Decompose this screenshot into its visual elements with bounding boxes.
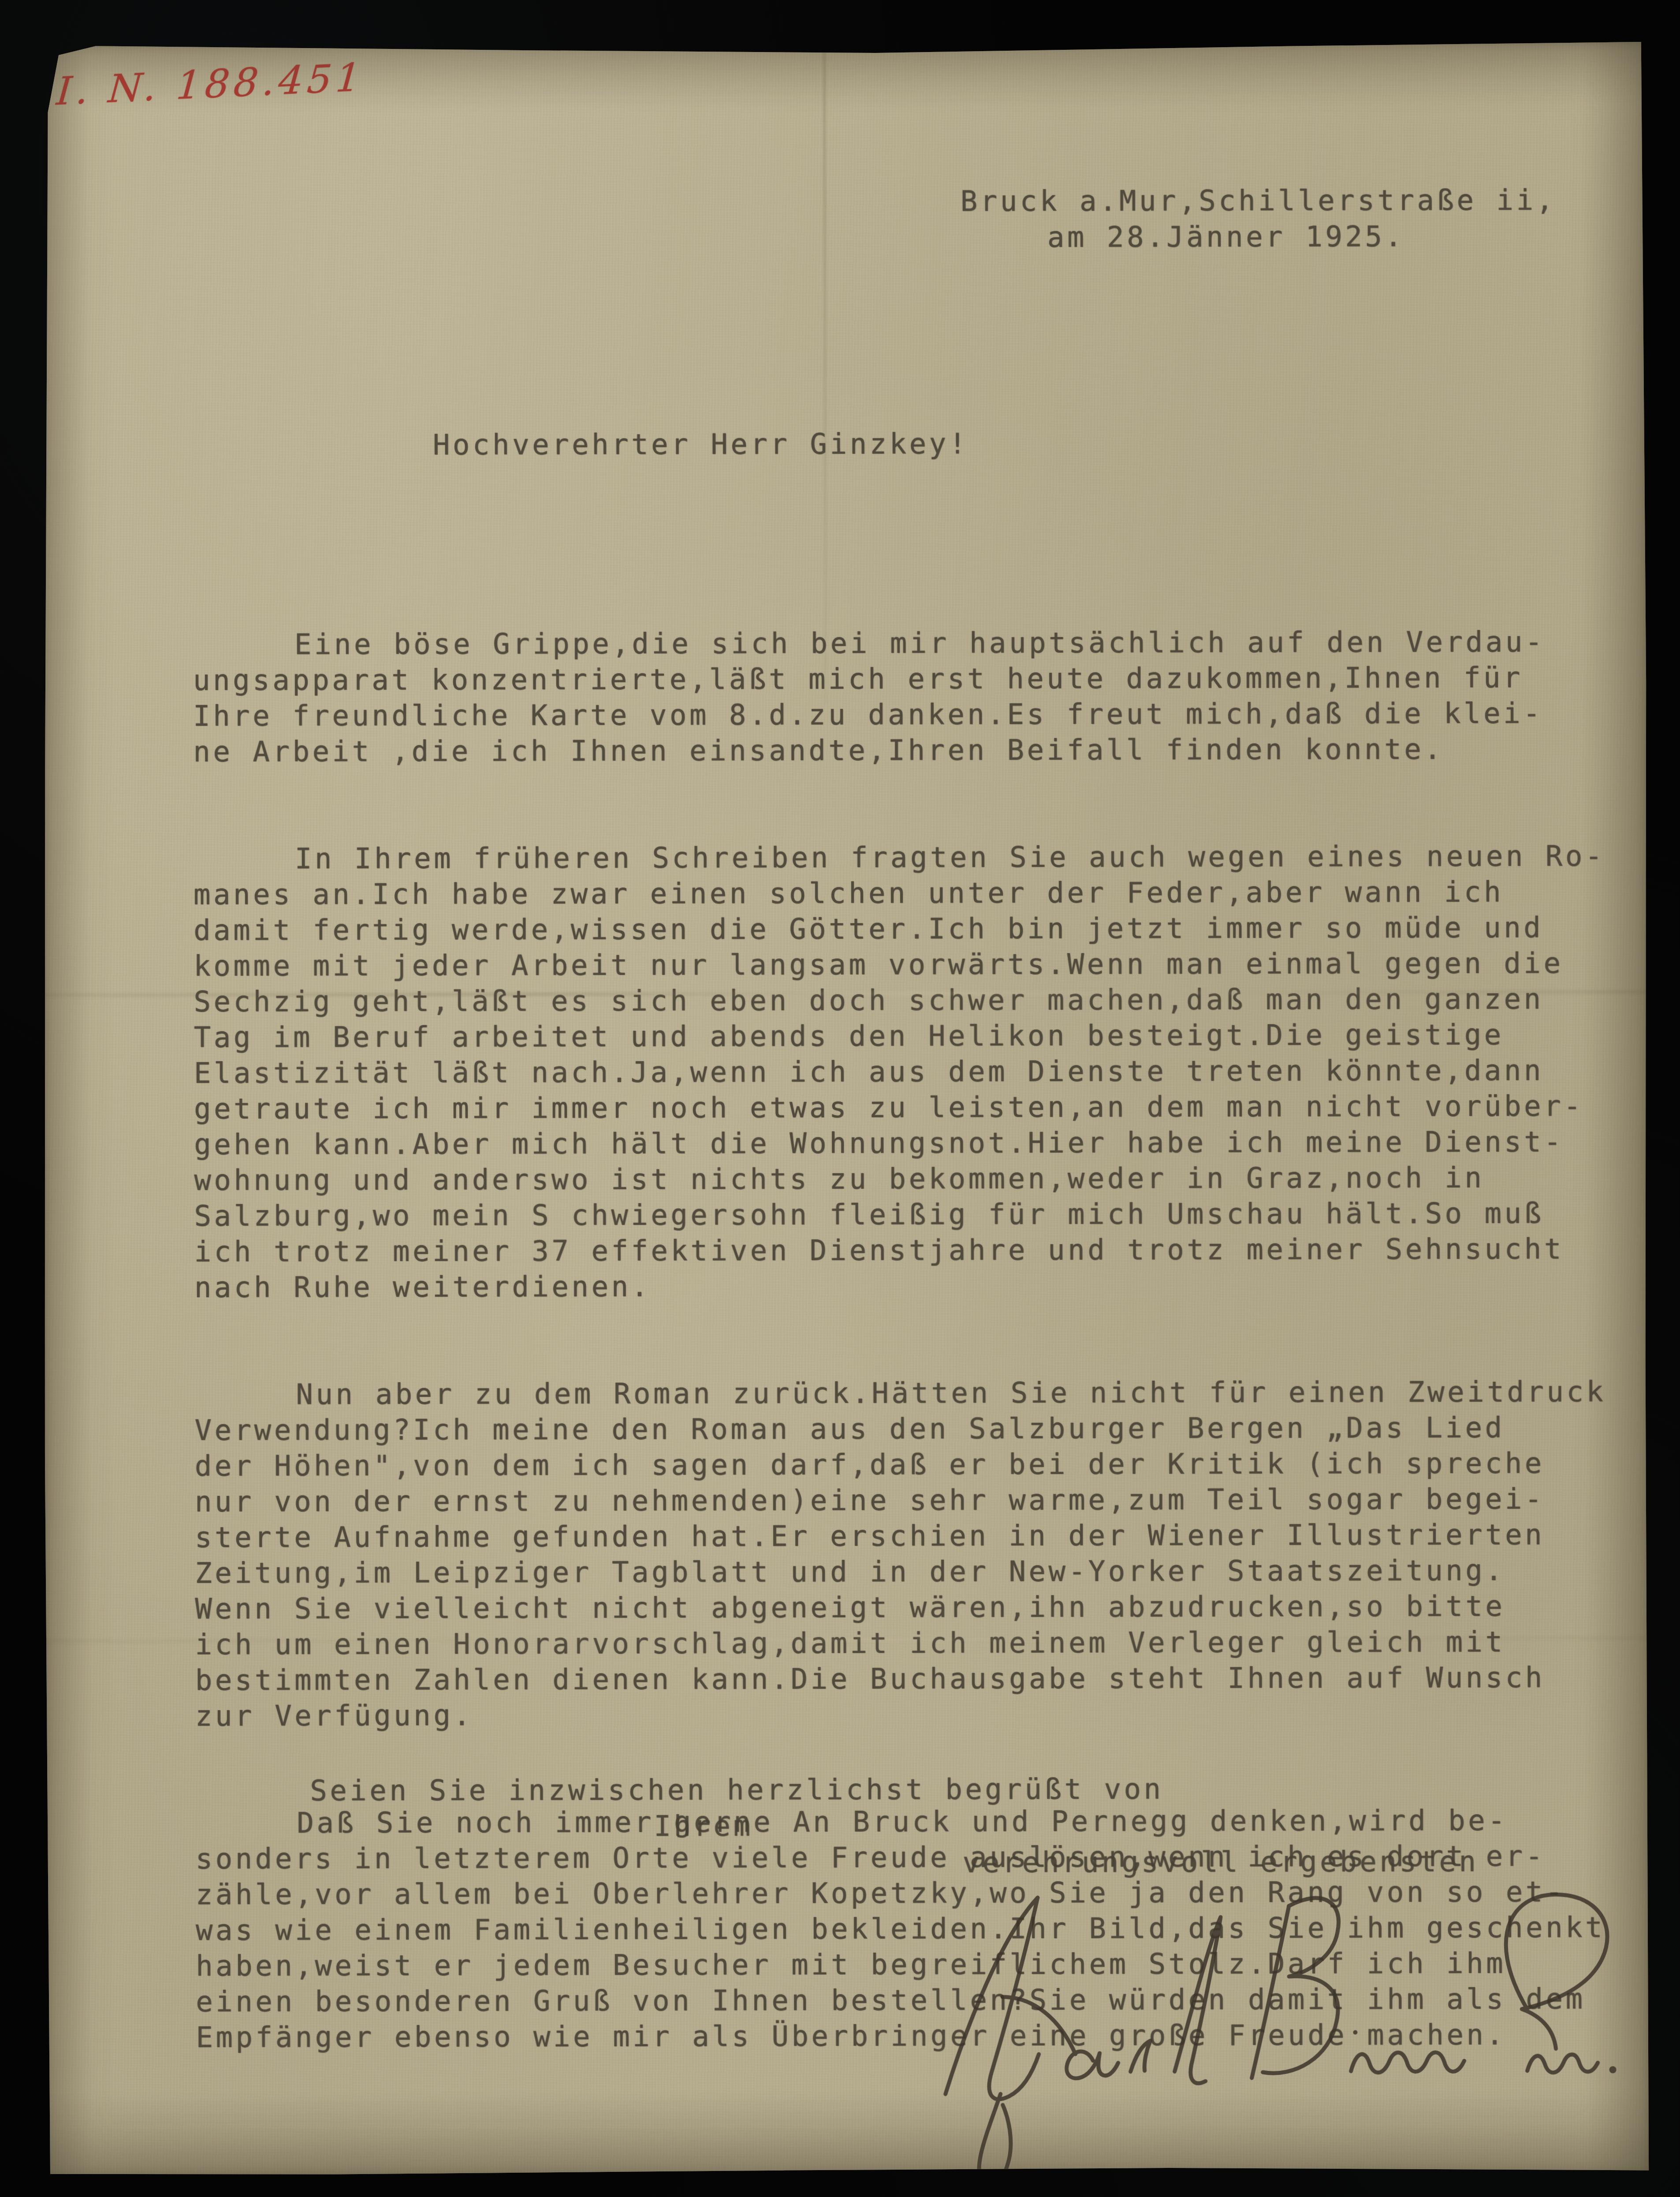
letter-line: Nun aber zu dem Roman zurück.Hätten Sie … xyxy=(194,1374,1645,1413)
letter-line: Wenn Sie vielleicht nicht abgeneigt wäre… xyxy=(195,1589,1645,1627)
letter-line: getraute ich mir immer noch etwas zu lei… xyxy=(194,1089,1644,1127)
letter-line: Sechzig geht,läßt es sich eben doch schw… xyxy=(194,981,1644,1020)
letter-line: Verwendung?Ich meine den Roman aus den S… xyxy=(194,1410,1645,1449)
letter-line: nach Ruhe weiterdienen. xyxy=(194,1267,1645,1306)
closing-pronoun: Ihrem xyxy=(654,1809,753,1844)
letter-line: Eine böse Grippe,die sich bei mir haupts… xyxy=(193,624,1643,663)
letter-line: ich trotz meiner 37 effektiven Dienstjah… xyxy=(194,1231,1645,1270)
letter-line: sterte Aufnahme gefunden hat.Er erschien… xyxy=(195,1517,1645,1556)
letter-line: Tag im Beruf arbeitet und abends den Hel… xyxy=(194,1017,1644,1056)
letter-line: bestimmten Zahlen dienen kann.Die Buchau… xyxy=(195,1660,1646,1699)
dateline-place: Bruck a.Mur,Schillerstraße ii, xyxy=(961,183,1556,220)
closing-greeting: Seien Sie inzwischen herzlichst begrüßt … xyxy=(310,1772,1164,1809)
letter-page: I. N. 188.451 Bruck a.Mur,Schillerstraße… xyxy=(41,41,1650,2176)
dateline-date: am 28.Jänner 1925. xyxy=(1047,219,1405,256)
dateline: Bruck a.Mur,Schillerstraße ii, am 28.Jän… xyxy=(41,41,1646,44)
letter-line: zur Verfügung. xyxy=(195,1696,1646,1734)
letter-line: In Ihrem früheren Schreiben fragten Sie … xyxy=(194,839,1644,877)
inventory-number-handwritten: I. N. 188.451 xyxy=(55,54,366,114)
letter-line: komme mit jeder Arbeit nur langsam vorwä… xyxy=(194,946,1644,985)
letter-line: Elastizität läßt nach.Ja,wenn ich aus de… xyxy=(194,1053,1644,1092)
paragraph-1: Eine böse Grippe,die sich bei mir haupts… xyxy=(193,624,1644,770)
letter-line: Zeitung,im Leipziger Tagblatt und in der… xyxy=(195,1553,1645,1592)
letter-line: ungsapparat konzentrierte,läßt mich erst… xyxy=(193,660,1643,699)
letter-line: damit fertig werde,wissen die Götter.Ich… xyxy=(194,910,1644,949)
letter-line: nur von der ernst zu nehmenden)eine sehr… xyxy=(195,1481,1645,1520)
salutation: Hochverehrter Herr Ginzkey! xyxy=(433,426,969,463)
scan-background: I. N. 188.451 Bruck a.Mur,Schillerstraße… xyxy=(0,0,1680,2197)
letter-line: der Höhen",von dem ich sagen darf,daß er… xyxy=(195,1446,1645,1485)
letter-line: ne Arbeit ,die ich Ihnen einsandte,Ihren… xyxy=(193,731,1643,770)
letter-line: ich um einen Honorarvorschlag,damit ich … xyxy=(195,1624,1645,1663)
letter-line: Ihre freundliche Karte vom 8.d.zu danken… xyxy=(193,696,1643,735)
letter-line: wohnung und anderswo ist nichts zu bekom… xyxy=(194,1160,1644,1199)
signature-karl-bienenstein xyxy=(892,1863,1625,2176)
letter-line: manes an.Ich habe zwar einen solchen unt… xyxy=(194,874,1644,913)
paragraph-3: Nun aber zu dem Roman zurück.Hätten Sie … xyxy=(194,1374,1646,1734)
paragraph-2: In Ihrem früheren Schreiben fragten Sie … xyxy=(194,839,1645,1306)
letter-line: gehen kann.Aber mich hält die Wohnungsno… xyxy=(194,1124,1644,1163)
letter-line: Salzburg,wo mein S chwiegersohn fleißig … xyxy=(194,1196,1644,1235)
